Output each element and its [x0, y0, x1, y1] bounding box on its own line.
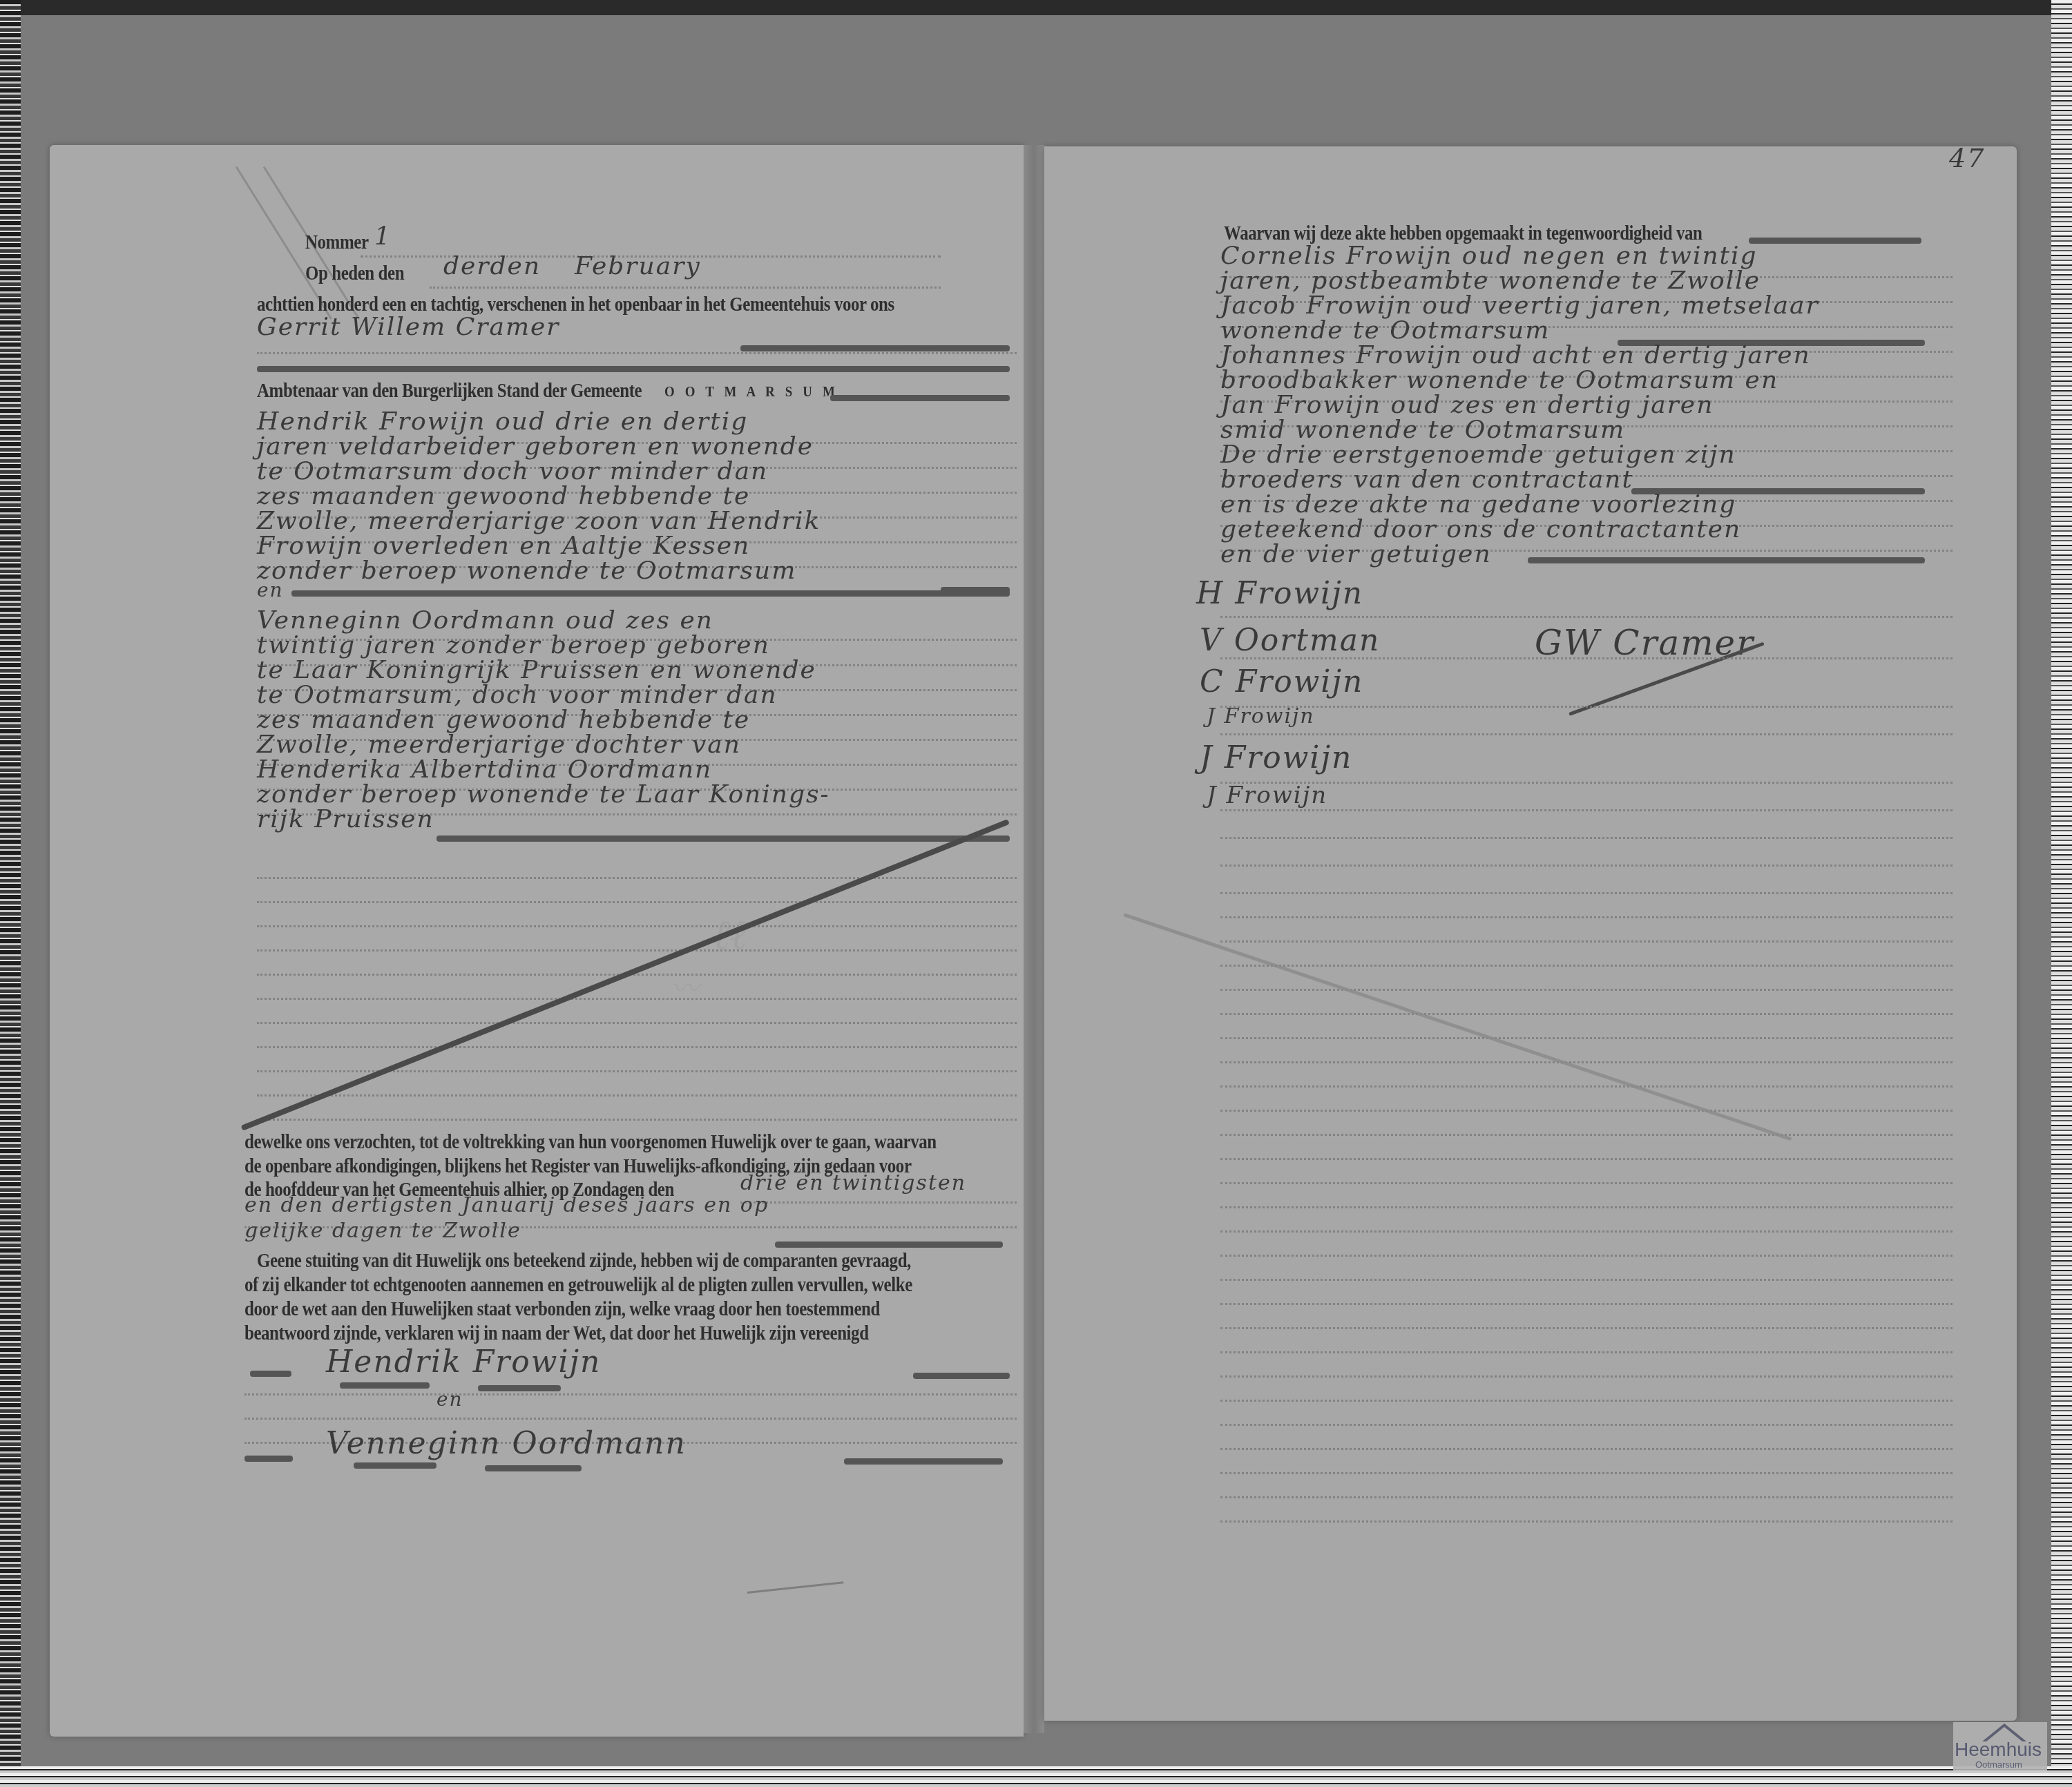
witness-line: smid wonende te Ootmarsum — [1220, 416, 1625, 444]
proclamation-line: dewelke ons verzochten, tot de voltrekki… — [244, 1131, 937, 1154]
watermark-subtitle: Ootmarsum — [1975, 1759, 2022, 1770]
ruled-line — [1220, 1061, 1953, 1063]
date-day: derden — [443, 252, 541, 280]
ruled-line — [1220, 989, 1953, 991]
ruled-line — [1220, 1400, 1953, 1402]
ruled-line — [1220, 1375, 1953, 1378]
fill-line — [740, 345, 1010, 351]
witness-line: Cornelis Frowijn oud negen en twintig — [1220, 242, 1758, 270]
bride-line: Zwolle, meerderjarige dochter van — [257, 731, 741, 759]
ruled-line — [257, 1094, 1017, 1097]
bleed-through-text: 〰 — [671, 967, 699, 1006]
fill-line — [830, 395, 1010, 401]
fill-line — [1749, 238, 1921, 244]
ruled-line — [1220, 1206, 1953, 1208]
signature-bride: V Oortman — [1200, 623, 1380, 658]
ruled-line — [1220, 809, 1953, 811]
ruled-line — [430, 287, 941, 289]
witness-line: broeders van den contractant — [1220, 465, 1633, 494]
ruled-line — [1220, 864, 1953, 867]
ruled-line — [1220, 1182, 1953, 1184]
ruled-line — [257, 1022, 1017, 1024]
film-edge-left — [0, 0, 21, 1787]
witness-line: broodbakker wonende te Ootmarsum en — [1220, 366, 1778, 394]
ruled-line — [1220, 1520, 1953, 1523]
fill-line — [913, 1373, 1010, 1379]
ruled-line — [1220, 1472, 1953, 1474]
municipality: O O T M A R S U M — [664, 383, 838, 400]
signature-groom: H Frowijn — [1196, 576, 1363, 611]
official-name: Gerrit Willem Cramer — [257, 313, 560, 341]
ruled-line — [257, 998, 1017, 1000]
witness-line: De drie eerstgenoemde getuigen zijn — [1220, 441, 1736, 469]
ruled-line — [1220, 1279, 1953, 1281]
ruled-line — [1220, 940, 1953, 943]
ruled-line — [1220, 837, 1953, 839]
fill-line — [437, 835, 1010, 842]
groom-line: Zwolle, meerderjarige zoon van Hendrik — [257, 507, 821, 535]
witness-line: en de vier getuigen — [1220, 540, 1492, 568]
bride-line: te Laar Koningrijk Pruissen en wonende — [257, 656, 816, 684]
fill-line — [844, 1458, 1003, 1465]
bride-line: te Ootmarsum, doch voor minder dan — [257, 681, 778, 709]
proclamation-date: drie en twintigsten — [740, 1171, 966, 1195]
underline — [485, 1465, 582, 1471]
ruled-line — [1220, 1110, 1953, 1112]
groom-line: Frowijn overleden en Aaltje Kessen — [257, 532, 750, 560]
ruled-line — [740, 1201, 1017, 1204]
signature-witness: C Frowijn — [1200, 664, 1363, 699]
date-month: February — [575, 252, 701, 280]
film-edge-bottom — [0, 1766, 2072, 1787]
ruled-line — [257, 877, 1017, 879]
ruled-line — [1220, 733, 1953, 735]
witness-line: Jacob Frowijn oud veertig jaren, metsela… — [1220, 291, 1819, 320]
ruled-line — [257, 352, 1017, 354]
ruled-line — [257, 1046, 1017, 1048]
official-title: Ambtenaar van den Burgerlijken Stand der… — [257, 380, 642, 403]
ruled-line — [1220, 1255, 1953, 1257]
ruled-line — [257, 1070, 1017, 1072]
bride-line: Venneginn Oordmann oud zes en — [257, 606, 713, 635]
connector-en: en — [257, 579, 284, 601]
ruled-line — [1220, 1424, 1953, 1426]
bride-line: rijk Pruissen — [257, 805, 434, 833]
fill-line — [291, 590, 1010, 597]
ruled-line — [1220, 892, 1953, 894]
nommer-label: Nommer — [305, 231, 369, 254]
strike-through-line — [1123, 913, 1792, 1141]
ruled-line — [1220, 1013, 1953, 1015]
declaration-line: door de wet aan den Huwelijken staat ver… — [244, 1298, 880, 1321]
fill-line — [244, 1456, 293, 1462]
intro-prefix: Op heden den — [305, 262, 404, 285]
ruled-line — [1220, 916, 1953, 918]
fill-line — [250, 1371, 291, 1377]
groom-line: Hendrik Frowijn oud drie en dertig — [257, 407, 748, 436]
united-connector: en — [437, 1388, 463, 1411]
ruled-line — [1220, 1037, 1953, 1039]
bride-line: zes maanden gewoond hebbende te — [257, 706, 750, 734]
ruled-line — [1220, 782, 1953, 784]
proclamation-date: en den dertigsten Januarij deses jaars e… — [244, 1193, 769, 1217]
proclamation-date: gelijke dagen te Zwolle — [244, 1219, 521, 1243]
film-edge-top — [0, 0, 2072, 15]
fill-line — [775, 1242, 1003, 1248]
ruled-line — [1220, 1327, 1953, 1329]
signature-witness: J Frowijn — [1207, 782, 1327, 809]
ruled-line — [257, 901, 1017, 903]
groom-line: jaren veldarbeider geboren en wonende — [257, 432, 814, 461]
declaration-line: Geene stuiting van dit Huwelijk ons bete… — [257, 1250, 911, 1273]
ruled-line — [257, 925, 1017, 927]
declaration-line: beantwoord zijnde, verklaren wij in naam… — [244, 1322, 869, 1345]
bride-line: Henderika Albertdina Oordmann — [257, 755, 712, 784]
ruled-line — [1220, 1158, 1953, 1160]
ruled-line — [1220, 706, 1953, 708]
bride-line: twintig jaren zonder beroep geboren — [257, 631, 770, 659]
signature-witness: J Frowijn — [1200, 740, 1352, 775]
ruled-line — [1220, 1351, 1953, 1353]
ruled-line — [1220, 616, 1953, 618]
groom-line: zonder beroep wonende te Ootmarsum — [257, 557, 796, 585]
underline — [354, 1462, 437, 1469]
witness-line: en is deze akte na gedane voorlezing — [1220, 490, 1736, 519]
ruled-line — [1220, 1134, 1953, 1136]
right-page: 47 Waarvan wij deze akte hebben opgemaak… — [1044, 146, 2017, 1721]
film-edge-right — [2051, 0, 2072, 1787]
ruled-line — [1220, 1303, 1953, 1305]
underline — [478, 1385, 561, 1391]
underline — [340, 1382, 430, 1389]
fill-line — [1528, 557, 1925, 563]
united-bride-name: Venneginn Oordmann — [326, 1426, 687, 1461]
ruled-line — [244, 1393, 1017, 1395]
declaration-line: of zij elkander tot echtgenooten aanneme… — [244, 1274, 912, 1297]
united-groom-name: Hendrik Frowijn — [326, 1344, 601, 1380]
ruled-line — [1220, 1448, 1953, 1450]
witness-line: wonende te Ootmarsum — [1220, 316, 1550, 345]
ruled-line — [1220, 965, 1953, 967]
witness-line: Jan Frowijn oud zes en dertig jaren — [1220, 391, 1714, 419]
ruled-line — [244, 1418, 1017, 1420]
ruled-line — [1220, 1230, 1953, 1233]
bride-line: zonder beroep wonende te Laar Konings- — [257, 780, 830, 809]
book-gutter — [1024, 145, 1044, 1733]
ruled-line — [257, 949, 1017, 952]
witness-line: jaren, postbeambte wonende te Zwolle — [1220, 267, 1761, 295]
nommer-value: 1 — [374, 222, 392, 251]
left-page: Nommer 1 Op heden den derden February ac… — [50, 145, 1024, 1737]
heemhuis-watermark-logo: Heemhuis Ootmarsum — [1953, 1722, 2047, 1770]
witness-line: Johannes Frowijn oud acht en dertig jare… — [1220, 341, 1811, 369]
groom-line: te Ootmarsum doch voor minder dan — [257, 457, 768, 485]
signature-witness: J Frowijn — [1207, 704, 1315, 728]
ruled-line — [1220, 657, 1953, 659]
fill-line — [257, 366, 1010, 372]
witness-line: geteekend door ons de contractanten — [1220, 515, 1741, 543]
pen-flourish — [747, 1581, 844, 1594]
ruled-line — [1220, 1085, 1953, 1088]
watermark-name: Heemhuis — [1955, 1739, 2042, 1761]
ruled-line — [257, 1119, 1017, 1121]
folio-number: 47 — [1949, 143, 1985, 173]
ruled-line — [1220, 1496, 1953, 1498]
groom-line: zes maanden gewoond hebbende te — [257, 482, 750, 510]
ruled-line — [257, 974, 1017, 976]
